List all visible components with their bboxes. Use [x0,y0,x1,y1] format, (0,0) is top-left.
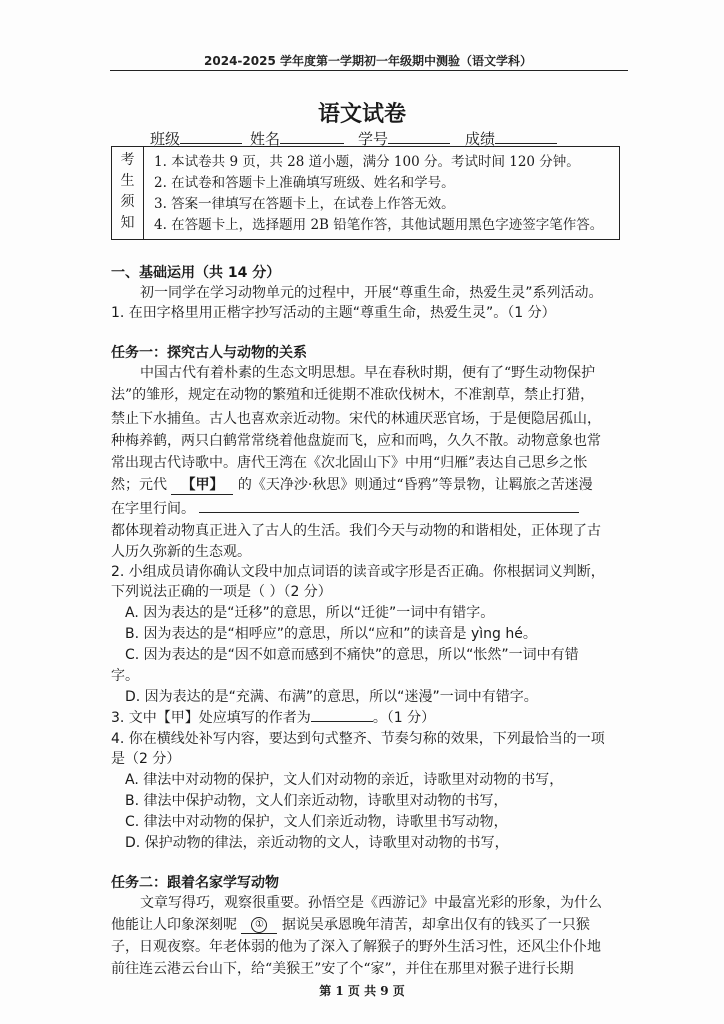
notice-item: 4. 在答题卡上，选择题用 2B 铅笔作答，其他试题用黑色字迹签字笔作答。 [154,215,603,236]
blank-1[interactable]: ① [241,917,277,934]
text: 在字里行间。 [111,501,195,517]
side-char: 生 [112,171,143,192]
class-blank[interactable] [180,131,242,144]
paper-title: 语文试卷 [0,97,724,128]
text: 据说吴承恩晚年清苦，却拿出仅有的钱买了一只猴 [282,917,590,933]
circled-number-1: ① [251,917,267,933]
passage-line: 然；元代 【甲】 的《天净沙·秋思》则通过“昏鸦”等景物，让羁旅之苦迷漫 [111,474,593,495]
passage-line: 子，日观夜察。年老体弱的他为了深入了解猴子的野外生活习性，还风尘仆仆地 [111,936,601,956]
passage-line: 禁止下水捕鱼。古人也喜欢亲近动物。宋代的林逋厌恶官场，于是便隐居孤山， [111,408,601,428]
section-heading: 一、基础运用（共 14 分） [111,262,280,282]
question-3: 3. 文中【甲】处应填写的作者为。（1 分） [111,707,435,727]
passage-line: 都体现着动物真正进入了古人的生活。我们今天与动物的和谐相处，正体现了古 [111,520,601,540]
text: 然；元代 [111,477,167,493]
fill-in-blank-line[interactable] [199,500,579,513]
notice-item: 3. 答案一律填写在答题卡上，在试卷上作答无效。 [154,194,603,215]
notice-items: 1. 本试卷共 9 页，共 28 道小题，满分 100 分。考试时间 120 分… [154,152,603,236]
author-blank[interactable] [311,709,373,722]
passage-line: 前往连云港云台山下，给“美猴王”安了个“家”，并住在那里对猴子进行长期 [111,958,574,978]
text: 3. 文中【甲】处应填写的作者为 [111,710,311,726]
question-4-stem: 是（2 分） [111,748,180,768]
score-blank[interactable] [495,131,557,144]
option-c-cont: 字。 [111,665,139,685]
passage-line: 人历久弥新的生态观。 [111,541,251,561]
section-intro: 初一同学在学习动物单元的过程中，开展“尊重生命，热爱生灵”系列活动。 [140,282,603,302]
option-d: D. 保护动物的律法，亲近动物的文人，诗歌里对动物的书写， [125,832,509,852]
page-indicator: 第 1 页 共 9 页 [0,982,724,999]
text: 的《天净沙·秋思》则通过“昏鸦”等景物，让羁旅之苦迷漫 [238,477,593,493]
text: 。（1 分） [373,710,435,726]
option-d: D. 因为表达的是“充满、布满”的意思，所以“迷漫”一词中有错字。 [125,686,538,706]
student-id-blank[interactable] [388,131,450,144]
option-c: C. 律法中对动物的保护，文人们亲近动物，诗歌里书写动物， [125,811,508,831]
option-a: A. 因为表达的是“迁移”的意思，所以“迁徙”一词中有错字。 [125,602,494,622]
passage-line: 中国古代有着朴素的生态文明思想。早在春秋时期，便有了“野生动物保护 [140,362,595,382]
notice-side-label: 考 生 须 知 [112,147,144,239]
option-a: A. 律法中对动物的保护，文人们对动物的亲近，诗歌里对动物的书写， [125,769,563,789]
side-char: 知 [112,213,143,234]
question-2-stem: 2. 小组成员请你确认文段中加点词语的读音或字形是否正确。你根据词义判断， [111,561,605,581]
question-2-stem: 下列说法正确的一项是（ ）（2 分） [111,581,332,601]
task-heading: 任务一：探究古人与动物的关系 [111,342,307,362]
exam-header: 2024-2025 学年度第一学期初一年级期中测验（语文学科） [110,52,626,69]
option-b: B. 律法中保护动物，文人们亲近动物，诗歌里对动物的书写， [125,790,508,810]
passage-line: 他能让人印象深刻呢 ① 据说吴承恩晚年清苦，却拿出仅有的钱买了一只猴 [111,914,590,934]
passage-line: 在字里行间。 [111,498,579,518]
side-char: 考 [112,150,143,171]
notice-item: 1. 本试卷共 9 页，共 28 道小题，满分 100 分。考试时间 120 分… [154,152,603,173]
header-divider [110,70,628,71]
option-c: C. 因为表达的是“因不如意而感到不痛快”的意思，所以“怅然”一词中有错 [125,644,579,664]
blank-jia[interactable]: 【甲】 [171,474,233,495]
question-4-stem: 4. 你在横线处补写内容，要达到句式整齐、节奏匀称的效果，下列最恰当的一项 [111,728,605,748]
option-b: B. 因为表达的是“相呼应”的意思，所以“应和”的读音是 yìng hé。 [125,623,537,643]
passage-line: 文章写得巧，观察很重要。孙悟空是《西游记》中最富光彩的形象，为什么 [140,892,602,912]
question-1: 1. 在田字格里用正楷字抄写活动的主题“尊重生命，热爱生灵”。（1 分） [111,302,556,322]
passage-line: 法”的雏形，规定在动物的繁殖和迁徙期不准砍伐树木，不准割草，禁止打猎， [111,384,594,404]
task-heading: 任务二：跟着名家学写动物 [111,872,279,892]
side-char: 须 [112,192,143,213]
passage-line: 种梅养鹤，两只白鹤常常绕着他盘旋而飞，应和而鸣，久久不散。动物意象也常 [111,430,601,450]
passage-line: 常出现古代诗歌中。唐代王湾在《次北固山下》中用“归雁”表达自己思乡之怅 [111,452,587,472]
text: 他能让人印象深刻呢 [111,917,237,933]
name-blank[interactable] [280,131,344,144]
exam-notice-box: 考 生 须 知 1. 本试卷共 9 页，共 28 道小题，满分 100 分。考试… [111,146,620,240]
notice-item: 2. 在试卷和答题卡上准确填写班级、姓名和学号。 [154,173,603,194]
